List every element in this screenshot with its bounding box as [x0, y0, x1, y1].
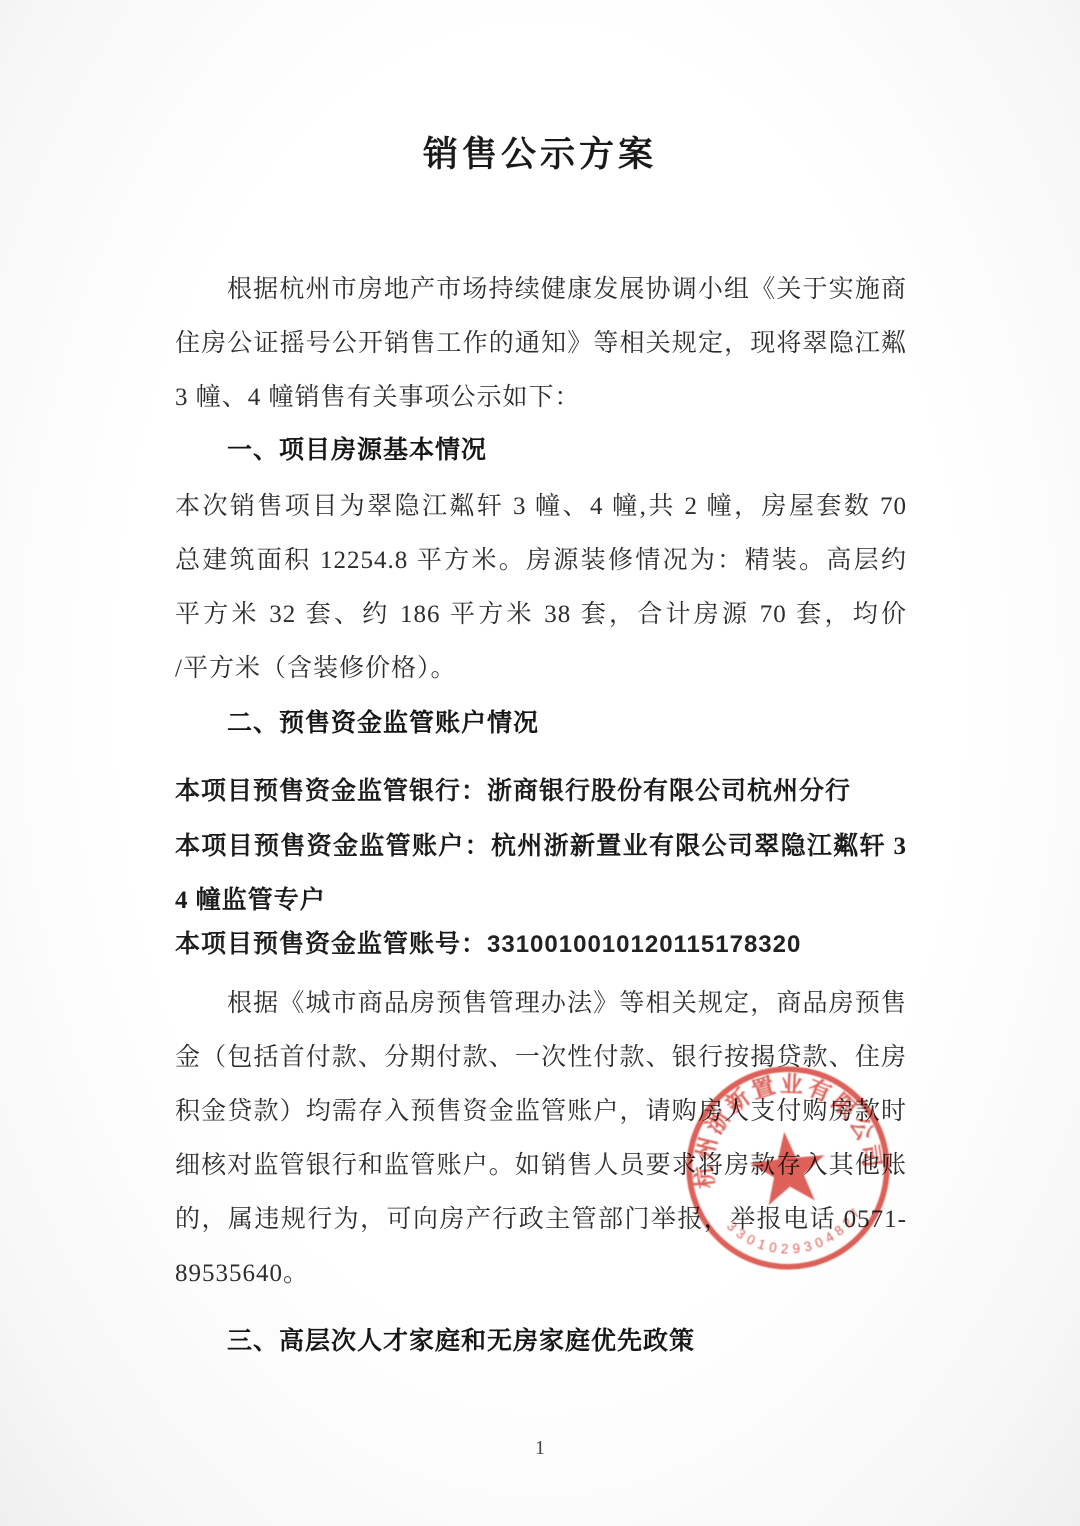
text-line: 本项目预售资金监管账号：3310010010120115178320 — [175, 918, 907, 972]
heading-text: 三、高层次人才家庭和无房家庭优先政策 — [175, 1315, 907, 1369]
text-line: 住房公证摇号公开销售工作的通知》等相关规定，现将翠隐江粼轩 — [175, 317, 907, 371]
section-heading-3: 三、高层次人才家庭和无房家庭优先政策 — [175, 1315, 907, 1369]
text-line: 总建筑面积 12254.8 平方米。房源装修情况为：精装。高层约 161 — [175, 534, 907, 588]
supervision-number-value: 3310010010120115178320 — [487, 931, 801, 958]
section-heading-1: 一、项目房源基本情况 — [175, 424, 907, 478]
text-line: 本项目预售资金监管银行：浙商银行股份有限公司杭州分行 — [175, 765, 907, 819]
section-heading-2: 二、预售资金监管账户情况 — [175, 697, 907, 751]
heading-text: 一、项目房源基本情况 — [175, 424, 907, 478]
text-line: 3 幢、4 幢销售有关事项公示如下： — [175, 371, 907, 425]
document-page: 销售公示方案 根据杭州市房地产市场持续健康发展协调小组《关于实施商品 住房公证摇… — [0, 0, 1080, 1526]
company-seal-stamp: 杭州浙新置业有限公司 3301029304827 — [674, 1054, 903, 1283]
supervision-account-lines: 本项目预售资金监管账户：杭州浙新置业有限公司翠隐江粼轩 3 幢 4 幢监管专户 — [175, 820, 907, 928]
text-line: 平方米 32 套、约 186 平方米 38 套，合计房源 70 套，均价 613… — [175, 588, 907, 642]
paragraph-intro: 根据杭州市房地产市场持续健康发展协调小组《关于实施商品 住房公证摇号公开销售工作… — [175, 263, 907, 425]
document-title: 销售公示方案 — [0, 133, 1080, 177]
text-line: 本次销售项目为翠隐江粼轩 3 幢、4 幢,共 2 幢，房屋套数 70 套， — [175, 480, 907, 534]
supervision-number-line: 本项目预售资金监管账号：3310010010120115178320 — [175, 918, 907, 972]
supervision-number-label: 本项目预售资金监管账号： — [175, 931, 487, 958]
page-number: 1 — [0, 1434, 1080, 1462]
text-line: 本项目预售资金监管账户：杭州浙新置业有限公司翠隐江粼轩 3 幢 — [175, 820, 907, 874]
text-line: 根据杭州市房地产市场持续健康发展协调小组《关于实施商品 — [175, 263, 907, 317]
supervision-bank-line: 本项目预售资金监管银行：浙商银行股份有限公司杭州分行 — [175, 765, 907, 819]
paragraph-housing-info: 本次销售项目为翠隐江粼轩 3 幢、4 幢,共 2 幢，房屋套数 70 套， 总建… — [175, 480, 907, 696]
text-line: 根据《城市商品房预售管理办法》等相关规定，商品房预售资 — [175, 977, 907, 1031]
text-line: /平方米（含装修价格）。 — [175, 642, 907, 696]
seal-star-icon — [747, 1128, 829, 1207]
heading-text: 二、预售资金监管账户情况 — [175, 697, 907, 751]
